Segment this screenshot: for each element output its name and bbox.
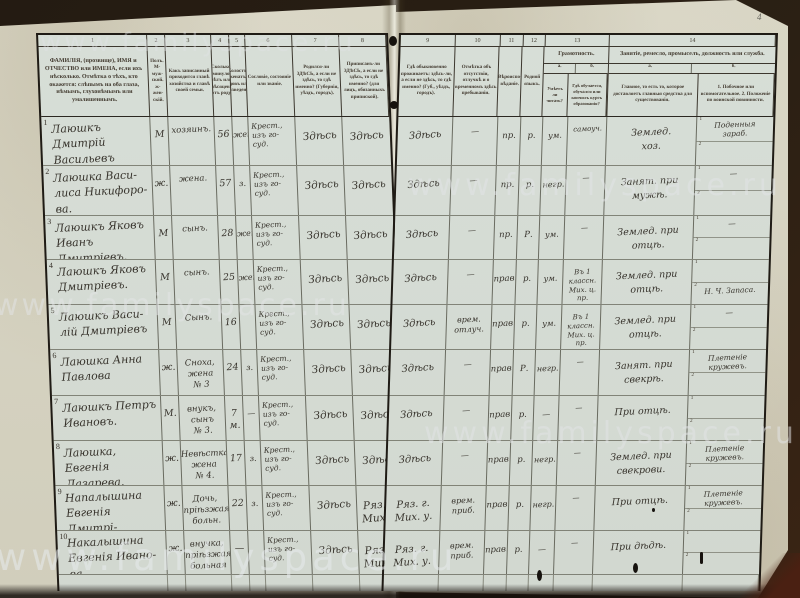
- cell-c1: 8Лаюшка, Евгенія Лазарева.: [54, 441, 165, 485]
- table-row: Здѣсь—пр.р.ум.самоуч.Землед. хоз.1Поденн…: [397, 117, 774, 166]
- handwritten-entry: Крест., изъ го- суд.: [250, 166, 298, 198]
- cell-c5: жен.: [232, 117, 250, 165]
- header-absence-column: Отмѣтка объ отсутствіи, отлучкѣ и о врем…: [454, 64, 499, 99]
- handwritten-entry: Здѣсь: [295, 117, 344, 145]
- handwritten-entry: Здѣсь: [344, 166, 393, 194]
- cell-c1: 6Лаюшка Анна Павлова: [50, 350, 161, 395]
- handwritten-entry: —: [559, 396, 598, 414]
- table-row: 1Лаюшкъ Дмитрій ВасильевъМхозяинъ.56жен.…: [41, 117, 391, 166]
- cell-c9: Здѣсь: [394, 216, 450, 259]
- table-row: Здѣсь—пр.Р.ум.—Землед. при отцѣ.1—2: [394, 216, 770, 260]
- handwritten-entry: Н. Ч. Запаса.: [692, 281, 768, 297]
- cell-c7: Здѣсь: [307, 441, 356, 485]
- handwritten-entry: Крест., изъ го- суд.: [260, 441, 308, 473]
- handwritten-entry: жен.: [236, 216, 252, 239]
- cell-c13b: —: [563, 216, 604, 259]
- cell-c12: р.: [520, 117, 543, 165]
- handwritten-entry: —: [448, 260, 492, 281]
- handwritten-entry: жен.: [232, 117, 248, 140]
- handwritten-entry: Землед. хоз.: [607, 117, 696, 156]
- handwritten-entry: При дѣдѣ.: [594, 531, 683, 556]
- handwritten-entry: При отцѣ.: [596, 486, 685, 511]
- handwritten-entry: Напалышина Евгенія Дмитрі- ева.: [55, 486, 166, 530]
- handwritten-entry: [687, 462, 763, 468]
- cell-c14b: 1—2: [693, 216, 770, 259]
- header-estate-column: Сословіе, состояніе или званіе.: [246, 74, 292, 89]
- cell-c6: Крест., изъ го- суд.: [262, 486, 310, 530]
- handwritten-entry: М: [156, 260, 174, 284]
- cell-c3: Сноха, жена № 3: [177, 350, 224, 395]
- handwritten-entry: М.: [161, 396, 179, 420]
- cell-c6: Крест., изъ го- суд.: [259, 396, 307, 440]
- handwritten-entry: [689, 371, 765, 377]
- handwritten-entry: [693, 260, 769, 265]
- cell-c13a: негр.: [530, 486, 556, 530]
- cell-c7: Здѣсь: [297, 166, 347, 215]
- cell-c13b: Въ 1 классн. Мих. ц. пр. школѣ.: [562, 260, 603, 304]
- watermark: www.familyspace.ru: [0, 288, 350, 323]
- cell-c14a: Землед. при отцѣ.: [603, 216, 694, 259]
- handwritten-entry: пр.: [494, 216, 516, 241]
- handwritten-entry: Крест., изъ го- суд.: [259, 396, 307, 428]
- handwritten-entry: Лаюшкъ Петръ Ивановъ.: [52, 396, 162, 432]
- handwritten-entry: —: [556, 486, 595, 504]
- ink-blot: [652, 508, 655, 512]
- column-numbers-row: 9 10 11 12 13 14: [401, 35, 776, 47]
- handwritten-entry: з.: [245, 441, 261, 464]
- handwritten-entry: ж.: [152, 166, 170, 190]
- handwritten-entry: —: [243, 396, 259, 419]
- cell-c6: Крест., изъ го- суд.: [250, 166, 299, 215]
- handwritten-entry: [689, 396, 765, 401]
- handwritten-entry: —: [529, 531, 553, 556]
- handwritten-entry: негр.: [535, 350, 559, 375]
- cell-c1: 3Лаюшкъ Яковъ Иванъ Дмитріевъ.: [45, 216, 156, 259]
- handwritten-entry: Здѣсь: [342, 117, 391, 145]
- cell-c7: Здѣсь: [299, 216, 348, 259]
- handwritten-entry: Сноха, жена № 3: [177, 350, 224, 392]
- handwritten-entry: 28: [218, 216, 236, 240]
- handwritten-entry: Здѣсь: [299, 216, 348, 244]
- header-marital-column: Холостъ, женатъ, вдовъ или разведенъ.: [229, 68, 248, 96]
- cell-c14a: Землед. при отцѣ.: [601, 305, 692, 349]
- cell-c3: жена.: [170, 166, 218, 215]
- handwritten-entry: 7 м.: [225, 396, 244, 432]
- handwritten-entry: Здѣсь: [346, 216, 394, 244]
- handwritten-entry: врем. приб.: [441, 486, 485, 517]
- header-name-column: ФАМИЛІЯ, (прозвище), ИМЯ и ОТЧЕСТВО или …: [39, 57, 149, 106]
- cell-c11: прав.: [484, 531, 508, 574]
- cell-c5: з.: [241, 350, 259, 395]
- handwritten-entry: —: [560, 350, 599, 368]
- cell-c5: —: [243, 396, 261, 440]
- cell-c2: М.: [161, 396, 181, 440]
- cell-c10: врем. приб.: [440, 486, 486, 530]
- cell-c4: 22: [228, 486, 248, 530]
- table-row: 7Лаюшкъ Петръ Ивановъ.М.внукъ, сынъ № 3.…: [52, 396, 402, 441]
- col-number: 12: [523, 35, 545, 46]
- handwritten-entry: Крест., изъ го- суд.: [262, 486, 310, 518]
- handwritten-entry: Занят. при свекрѣ.: [600, 350, 689, 389]
- cell-c10: врем. отлуч.: [446, 305, 492, 349]
- photo-edge: [0, 584, 800, 598]
- header-sex-column: Полъ. М-муж-ской. ж-жен-скій.: [148, 58, 167, 106]
- handwritten-entry: негр.: [531, 486, 555, 511]
- cell-c13a: ум.: [541, 117, 567, 165]
- cell-c7: Здѣсь: [305, 396, 354, 440]
- cell-c6: Крест., изъ го- суд.: [248, 117, 297, 165]
- cell-c8: Здѣсь: [348, 260, 396, 304]
- cell-c3: сынъ.: [172, 216, 219, 259]
- cell-c14a: Землед. при отцѣ.: [602, 260, 693, 304]
- handwritten-entry: врем. отлуч.: [447, 305, 491, 336]
- handwritten-entry: жен.: [238, 260, 254, 283]
- handwritten-entry: Лаюшка Анна Павлова: [50, 350, 160, 386]
- handwritten-entry: прав.: [492, 305, 514, 330]
- handwritten-entry: ум.: [538, 260, 562, 285]
- handwritten-entry: ум.: [542, 117, 566, 142]
- handwritten-entry: 57: [216, 166, 234, 190]
- handwritten-entry: Дочь, пріѣзжая, больн.: [183, 486, 230, 528]
- watermark: www.familyspace.ru: [40, 28, 356, 58]
- handwritten-entry: жена.: [170, 166, 216, 186]
- cell-c9: Здѣсь: [390, 350, 446, 395]
- cell-c14b: 1Плетеніе кружевъ.2: [689, 350, 766, 395]
- handwritten-entry: Невѣстка, жена № 4.: [181, 441, 228, 483]
- handwritten-entry: —: [453, 117, 497, 138]
- cell-c13b: —: [554, 531, 595, 574]
- handwritten-entry: прав.: [490, 350, 512, 375]
- handwritten-entry: р.: [520, 117, 541, 142]
- header-residence-column: Гдѣ обыкновенно проживаетъ: здѣсь-ли, а …: [399, 64, 454, 99]
- col-number: 14: [610, 35, 776, 46]
- table-row: Здѣсь—прав.Р.негр.—Занят. при свекрѣ.1Пл…: [390, 350, 766, 396]
- cell-c13b: самоуч.: [566, 117, 607, 165]
- cell-c13a: ум.: [536, 305, 562, 349]
- handwritten-entry: прав.: [486, 486, 508, 511]
- handwritten-entry: ж.: [160, 350, 178, 374]
- handwritten-entry: [685, 507, 761, 513]
- handwritten-entry: [697, 140, 773, 146]
- ink-blot: [390, 101, 398, 109]
- cell-c13b: —: [555, 486, 596, 530]
- handwritten-entry: ум.: [539, 216, 563, 241]
- handwritten-entry: р.: [515, 305, 536, 330]
- cell-c12: р.: [508, 486, 531, 530]
- table-row: Здѣсьврем. отлуч.прав.р.ум.Въ 1 классн. …: [391, 305, 767, 350]
- table-row: Ряз. г. Мих. у.врем. приб.прав.р.негр.—П…: [385, 486, 761, 531]
- cell-c1: 2Лаюшка Васи- лиса Никифоро- ва.: [43, 166, 154, 215]
- census-document-photo: ПЕРВАЯ ВСЕОБЩАЯ ПЕРЕПИСЬ ФОРМА А ПЕРЕПИС…: [0, 0, 800, 598]
- cell-c9: Здѣсь: [397, 117, 453, 165]
- cell-c8: Здѣсь: [344, 166, 393, 215]
- handwritten-entry: Здѣсь: [392, 305, 447, 332]
- table-row: 8Лаюшка, Евгенія Лазарева.ж.Невѣстка, же…: [54, 441, 404, 486]
- ink-blot: [633, 563, 638, 573]
- cell-c11: пр.: [497, 117, 521, 165]
- handwritten-entry: Здѣсь: [297, 166, 346, 194]
- table-row: 9Напалышина Евгенія Дмитрі- ева.ж.Дочь, …: [55, 486, 405, 531]
- literacy-title: Грамотность.: [557, 50, 596, 60]
- cell-c12: Р.: [512, 350, 535, 395]
- handwritten-entry: —: [564, 216, 603, 234]
- cell-c4: 56: [214, 117, 234, 165]
- header-row: Гдѣ обыкновенно проживаетъ: здѣсь-ли, а …: [398, 47, 775, 117]
- handwritten-entry: —: [694, 216, 770, 230]
- handwritten-entry: Здѣсь: [394, 216, 449, 243]
- handwritten-entry: ж.: [163, 441, 181, 465]
- table-row: Здѣсь—прав.р.ум.Въ 1 классн. Мих. ц. пр.…: [392, 260, 768, 305]
- handwritten-entry: Плетеніе кружевъ.: [690, 350, 766, 373]
- cell-c2: ж.: [160, 350, 180, 395]
- col-number: 9: [401, 35, 456, 46]
- cell-c14b: 1—2: [690, 305, 767, 349]
- cell-c5: жен.: [236, 216, 254, 259]
- handwritten-entry: Землед. при отцѣ.: [602, 260, 691, 299]
- cell-c13a: негр.: [534, 350, 560, 395]
- cell-c12: р.: [507, 531, 530, 574]
- handwritten-entry: р.: [507, 531, 528, 556]
- cell-c2: М: [154, 216, 174, 259]
- cell-c5: з.: [246, 486, 264, 530]
- handwritten-entry: з.: [246, 486, 262, 509]
- cell-c2: ж.: [165, 486, 185, 530]
- cell-c11: прав.: [489, 350, 513, 395]
- cell-c5: з.: [234, 166, 252, 215]
- occupation-main-label: Главное, то есть то, которое доставляетъ…: [608, 84, 698, 106]
- cell-c6: Крест., изъ го- суд.: [257, 350, 305, 395]
- handwritten-entry: Поденныя зараб.: [697, 117, 773, 140]
- cell-c1: 9Напалышина Евгенія Дмитрі- ева.: [55, 486, 166, 530]
- col-number: 11: [500, 35, 523, 46]
- cell-c2: ж.: [152, 166, 172, 215]
- handwritten-entry: Въ 1 классн. Мих. ц. пр. школѣ.: [562, 260, 602, 304]
- handwritten-entry: Въ 1 классн. Мих. ц. пр. школѣ.: [561, 305, 601, 349]
- handwritten-entry: прав.: [485, 531, 507, 556]
- header-registration-column: Приписанъ-ли ЗДѢСЬ, а если не здѣсь, то …: [340, 61, 387, 102]
- sub-b-label: б.: [576, 64, 608, 73]
- handwritten-entry: 24: [223, 350, 241, 374]
- cell-c9: Здѣсь: [392, 260, 448, 304]
- header-literacy-group: Грамотность. а. б. Умѣетъ ли читать? Гдѣ…: [542, 47, 609, 116]
- watermark: www.familyspace.ru: [408, 168, 782, 203]
- cell-c3: внукъ, сынъ № 3.: [179, 396, 226, 440]
- handwritten-entry: Здѣсь: [348, 260, 396, 288]
- cell-c14a: При дѣдѣ.: [593, 531, 684, 574]
- header-birthplace-column: Родился-ли ЗДѢСЬ, а если не здѣсь, то гд…: [293, 64, 341, 99]
- table-row: 3Лаюшкъ Яковъ Иванъ Дмитріевъ.Мсынъ.28же…: [45, 216, 395, 260]
- cell-c8: Здѣсь: [346, 216, 394, 259]
- handwritten-entry: Здѣсь: [300, 260, 349, 288]
- header-occupation-group: Занятіе, ремесло, промыселъ, должность и…: [607, 47, 775, 116]
- cell-c4: 24: [223, 350, 243, 395]
- cell-c12: р.: [515, 260, 538, 304]
- handwritten-entry: Лаюшка Васи- лиса Никифоро- ва.: [43, 166, 154, 215]
- handwritten-entry: хозяинъ.: [168, 117, 214, 137]
- cell-c5: з.: [245, 441, 263, 485]
- cell-c14a: При отцѣ.: [595, 486, 686, 530]
- handwritten-entry: —: [444, 396, 488, 417]
- handwritten-entry: [694, 236, 770, 242]
- cell-c12: р.: [514, 305, 537, 349]
- cell-c6: Крест., изъ го- суд.: [252, 216, 300, 259]
- sub-b-label: б.: [692, 64, 775, 73]
- header-age-column: Сколько минуло лѣтъ или мѣсяцевъ отъ род…: [212, 64, 233, 99]
- cell-c14b: 1Плетеніе кружевъ.2: [685, 486, 762, 530]
- cell-c12: Р.: [517, 216, 540, 259]
- cell-c4: 7 м.: [225, 396, 245, 440]
- cell-c14a: Землед. хоз.: [606, 117, 697, 165]
- handwritten-entry: пр.: [498, 117, 520, 142]
- watermark: www.familyspace.ru: [424, 416, 798, 451]
- cell-c13b: Въ 1 классн. Мих. ц. пр. школѣ.: [561, 305, 602, 349]
- ink-blot: [700, 552, 703, 564]
- ink-blot: [537, 570, 542, 581]
- handwritten-entry: Здѣсь: [393, 260, 448, 287]
- cell-c14b: 1Поденныя зараб.2: [696, 117, 773, 165]
- header-religion-column: Вѣроиспо-вѣданіе.: [498, 74, 523, 89]
- handwritten-entry: Лаюшкъ Дмитрій Васильевъ: [41, 117, 152, 165]
- cell-c14a: Занят. при свекрѣ.: [599, 350, 690, 395]
- sub-a-label: а.: [544, 64, 577, 73]
- handwritten-entry: Землед. при отцѣ.: [604, 216, 693, 255]
- cell-c10: —: [449, 216, 495, 259]
- handwritten-entry: 25: [220, 260, 238, 284]
- handwritten-entry: 22: [228, 486, 246, 510]
- occupation-side-label: 1. Побочное или вспомогательное. 2. Поло…: [698, 84, 774, 106]
- pencil-note: 4: [757, 12, 762, 22]
- header-language-column: Родной языкъ.: [521, 74, 542, 89]
- cell-c11: пр.: [494, 216, 518, 259]
- cell-c3: хозяинъ.: [168, 117, 216, 165]
- cell-c3: Невѣстка, жена № 4.: [181, 441, 228, 485]
- cell-c13b: —: [559, 350, 600, 395]
- col-number: 13: [545, 35, 610, 46]
- handwritten-entry: М: [154, 216, 172, 240]
- cell-c11: прав.: [492, 260, 516, 304]
- handwritten-entry: —: [555, 531, 594, 549]
- occupation-title: Занятіе, ремесло, промыселъ, должность и…: [619, 50, 766, 60]
- cell-c2: ж.: [163, 441, 183, 485]
- cell-c11: прав.: [491, 305, 515, 349]
- handwritten-entry: Землед. при отцѣ.: [601, 305, 690, 344]
- literacy-read-label: Умѣетъ ли читать?: [543, 85, 567, 105]
- handwritten-entry: сынъ.: [174, 260, 220, 280]
- cell-c4: 17: [227, 441, 247, 485]
- handwritten-entry: сынъ.: [172, 216, 218, 236]
- table-row: 6Лаюшка Анна Павловаж.Сноха, жена № 324з…: [50, 350, 400, 396]
- cell-c13a: —: [529, 531, 555, 574]
- cell-c2: М: [151, 117, 171, 165]
- handwritten-entry: 56: [214, 117, 232, 141]
- cell-c10: —: [447, 260, 493, 304]
- handwritten-entry: самоуч.: [568, 117, 607, 135]
- cell-c4: 28: [218, 216, 238, 259]
- header-relation-column: Какъ записанный приходится главѣ хозяйст…: [167, 68, 213, 96]
- handwritten-entry: Крест., изъ го- суд.: [248, 117, 296, 149]
- cell-c9: Здѣсь: [391, 305, 447, 349]
- handwritten-entry: —: [445, 350, 489, 371]
- handwritten-entry: Здѣсь: [309, 486, 358, 514]
- table-row: 2Лаюшка Васи- лиса Никифоро- ва.ж.жена.5…: [43, 166, 393, 216]
- handwritten-entry: з.: [241, 350, 257, 373]
- handwritten-entry: Лаюшкъ Яковъ Иванъ Дмитріевъ.: [45, 216, 156, 259]
- handwritten-entry: М: [151, 117, 169, 141]
- handwritten-entry: ум.: [537, 305, 561, 330]
- cell-c7: Здѣсь: [295, 117, 345, 165]
- cell-c10: —: [444, 350, 490, 395]
- handwritten-entry: Ряз. г. Мих. у.: [385, 486, 440, 526]
- cell-c3: Дочь, пріѣзжая, больн.: [183, 486, 230, 530]
- cell-c9: Ряз. г. Мих. у.: [385, 486, 441, 530]
- handwritten-entry: —: [691, 305, 767, 319]
- handwritten-entry: Здѣсь: [304, 350, 353, 378]
- census-table-right: 9 10 11 12 13 14 Гдѣ обыкновенно прожива…: [381, 33, 778, 591]
- handwritten-entry: з.: [234, 166, 250, 189]
- handwritten-entry: Здѣсь: [397, 117, 452, 144]
- cell-c13a: ум.: [539, 216, 565, 259]
- cell-c1: 7Лаюшкъ Петръ Ивановъ.: [52, 396, 163, 440]
- cell-c10: —: [452, 117, 498, 165]
- cell-c6: Крест., изъ го- суд.: [260, 441, 308, 485]
- cell-c13a: ум.: [537, 260, 563, 304]
- handwritten-entry: Р.: [517, 216, 538, 241]
- photo-corner: [740, 553, 800, 598]
- handwritten-entry: ж.: [165, 486, 183, 510]
- ink-blot: [389, 36, 397, 46]
- sub-a-label: а.: [609, 64, 693, 73]
- watermark: www.familyspace.ru: [0, 536, 458, 579]
- handwritten-entry: Плетеніе кружевъ.: [685, 486, 761, 509]
- cell-c7: Здѣсь: [309, 486, 358, 530]
- handwritten-entry: внукъ, сынъ № 3.: [179, 396, 226, 438]
- handwritten-entry: [691, 326, 767, 332]
- handwritten-entry: Крест., изъ го- суд.: [257, 350, 305, 382]
- handwritten-entry: 17: [227, 441, 245, 465]
- handwritten-entry: прав.: [493, 260, 515, 285]
- handwritten-entry: Здѣсь: [390, 350, 445, 377]
- handwritten-entry: Р.: [513, 350, 534, 375]
- handwritten-entry: Здѣсь: [305, 396, 354, 424]
- col-number: 10: [455, 35, 500, 46]
- cell-c8: Здѣсь: [342, 117, 391, 165]
- handwritten-entry: —: [450, 216, 494, 237]
- literacy-school-label: Гдѣ обучается, обучался или кончилъ курс…: [567, 82, 606, 107]
- handwritten-entry: Лаюшка, Евгенія Лазарева.: [54, 441, 165, 485]
- handwritten-entry: Крест., изъ го- суд.: [252, 216, 300, 248]
- cell-c4: 57: [216, 166, 236, 215]
- cell-c1: 1Лаюшкъ Дмитрій Васильевъ: [41, 117, 152, 165]
- handwritten-entry: Здѣсь: [307, 441, 356, 469]
- handwritten-entry: р.: [516, 260, 537, 285]
- handwritten-entry: [684, 531, 760, 536]
- cell-c14b: 12Н. Ч. Запаса.: [692, 260, 769, 304]
- cell-c11: прав.: [485, 486, 509, 530]
- cell-c7: Здѣсь: [304, 350, 353, 395]
- handwritten-entry: р.: [509, 486, 530, 511]
